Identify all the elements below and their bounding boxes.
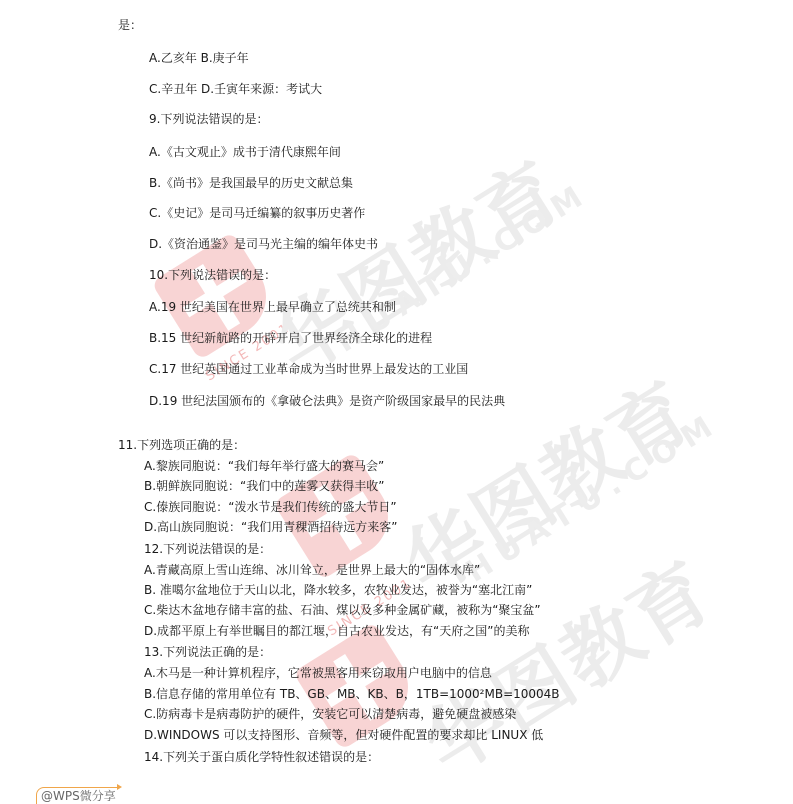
q12-option-c: C.柴达木盆地存储丰富的盐、石油、煤以及多种金属矿藏，被称为“聚宝盆”	[144, 603, 541, 617]
q9-option-a: A.《古文观止》成书于清代康熙年间	[149, 145, 341, 159]
q14-stem: 14.下列关于蛋白质化学特性叙述错误的是：	[144, 750, 379, 764]
q11-option-d: D.高山族同胞说：“我们用青稞酒招待远方来客”	[144, 520, 398, 534]
q9-option-c: C.《史记》是司马迁编纂的叙事历史著作	[149, 206, 365, 220]
wps-share-badge[interactable]: @WPS微分享	[36, 787, 118, 804]
q11-option-c: C.傣族同胞说：“泼水节是我们传统的盛大节日”	[144, 500, 397, 514]
q8-options-line1: A.乙亥年 B.庚子年	[149, 51, 249, 65]
q9-option-d: D.《资治通鉴》是司马光主编的编年体史书	[149, 237, 378, 251]
q10-stem: 10.下列说法错误的是：	[149, 268, 276, 282]
q13-option-d: D.WINDOWS 可以支持图形、音频等，但对硬件配置的要求却比 LINUX 低	[144, 728, 543, 742]
q11-option-a: A.黎族同胞说：“我们每年举行盛大的赛马会”	[144, 459, 384, 473]
q13-option-b: B.信息存储的常用单位有 TB、GB、MB、KB、B，1TB=1000²MB=1…	[144, 687, 560, 701]
q8-options-line2: C.辛丑年 D.壬寅年来源：考试大	[149, 82, 322, 96]
q11-option-b: B.朝鲜族同胞说：“我们中的莲雾又获得丰收”	[144, 479, 384, 493]
q13-option-a: A.木马是一种计算机程序，它常被黑客用来窃取用户电脑中的信息	[144, 666, 492, 680]
q10-option-b: B.15 世纪新航路的开辟开启了世界经济全球化的进程	[149, 331, 432, 345]
q12-stem: 12.下列说法错误的是：	[144, 542, 271, 556]
question-lead: 是：	[118, 18, 142, 32]
q13-option-c: C.防病毒卡是病毒防护的硬件，安装它可以清楚病毒，避免硬盘被感染	[144, 707, 516, 721]
q9-stem: 9.下列说法错误的是：	[149, 112, 268, 126]
q11-stem: 11.下列选项正确的是：	[118, 438, 245, 452]
q12-option-d: D.成都平原上有举世瞩目的都江堰，自古农业发达，有“天府之国”的美称	[144, 624, 530, 638]
watermark-site: HUATU.COM	[460, 405, 727, 590]
document-page: SINCE 2001 华图教育 HUATU.COM SINCE 2001 华图教…	[0, 0, 793, 804]
watermark-brand: 华图教育	[250, 130, 581, 395]
q10-option-a: A.19 世纪美国在世界上最早确立了总统共和制	[149, 300, 396, 314]
q12-option-a: A.青藏高原上雪山连绵、冰川耸立，是世界上最大的“固体水库”	[144, 563, 480, 577]
q9-option-b: B.《尚书》是我国最早的历史文献总集	[149, 176, 353, 190]
q10-option-d: D.19 世纪法国颁布的《拿破仑法典》是资产阶级国家最早的民法典	[149, 394, 505, 408]
q12-option-b: B. 准噶尔盆地位于天山以北，降水较多，农牧业发达，被誉为“塞北江南”	[144, 583, 532, 597]
q13-stem: 13.下列说法正确的是：	[144, 645, 271, 659]
q10-option-c: C.17 世纪英国通过工业革命成为当时世界上最发达的工业国	[149, 362, 468, 376]
